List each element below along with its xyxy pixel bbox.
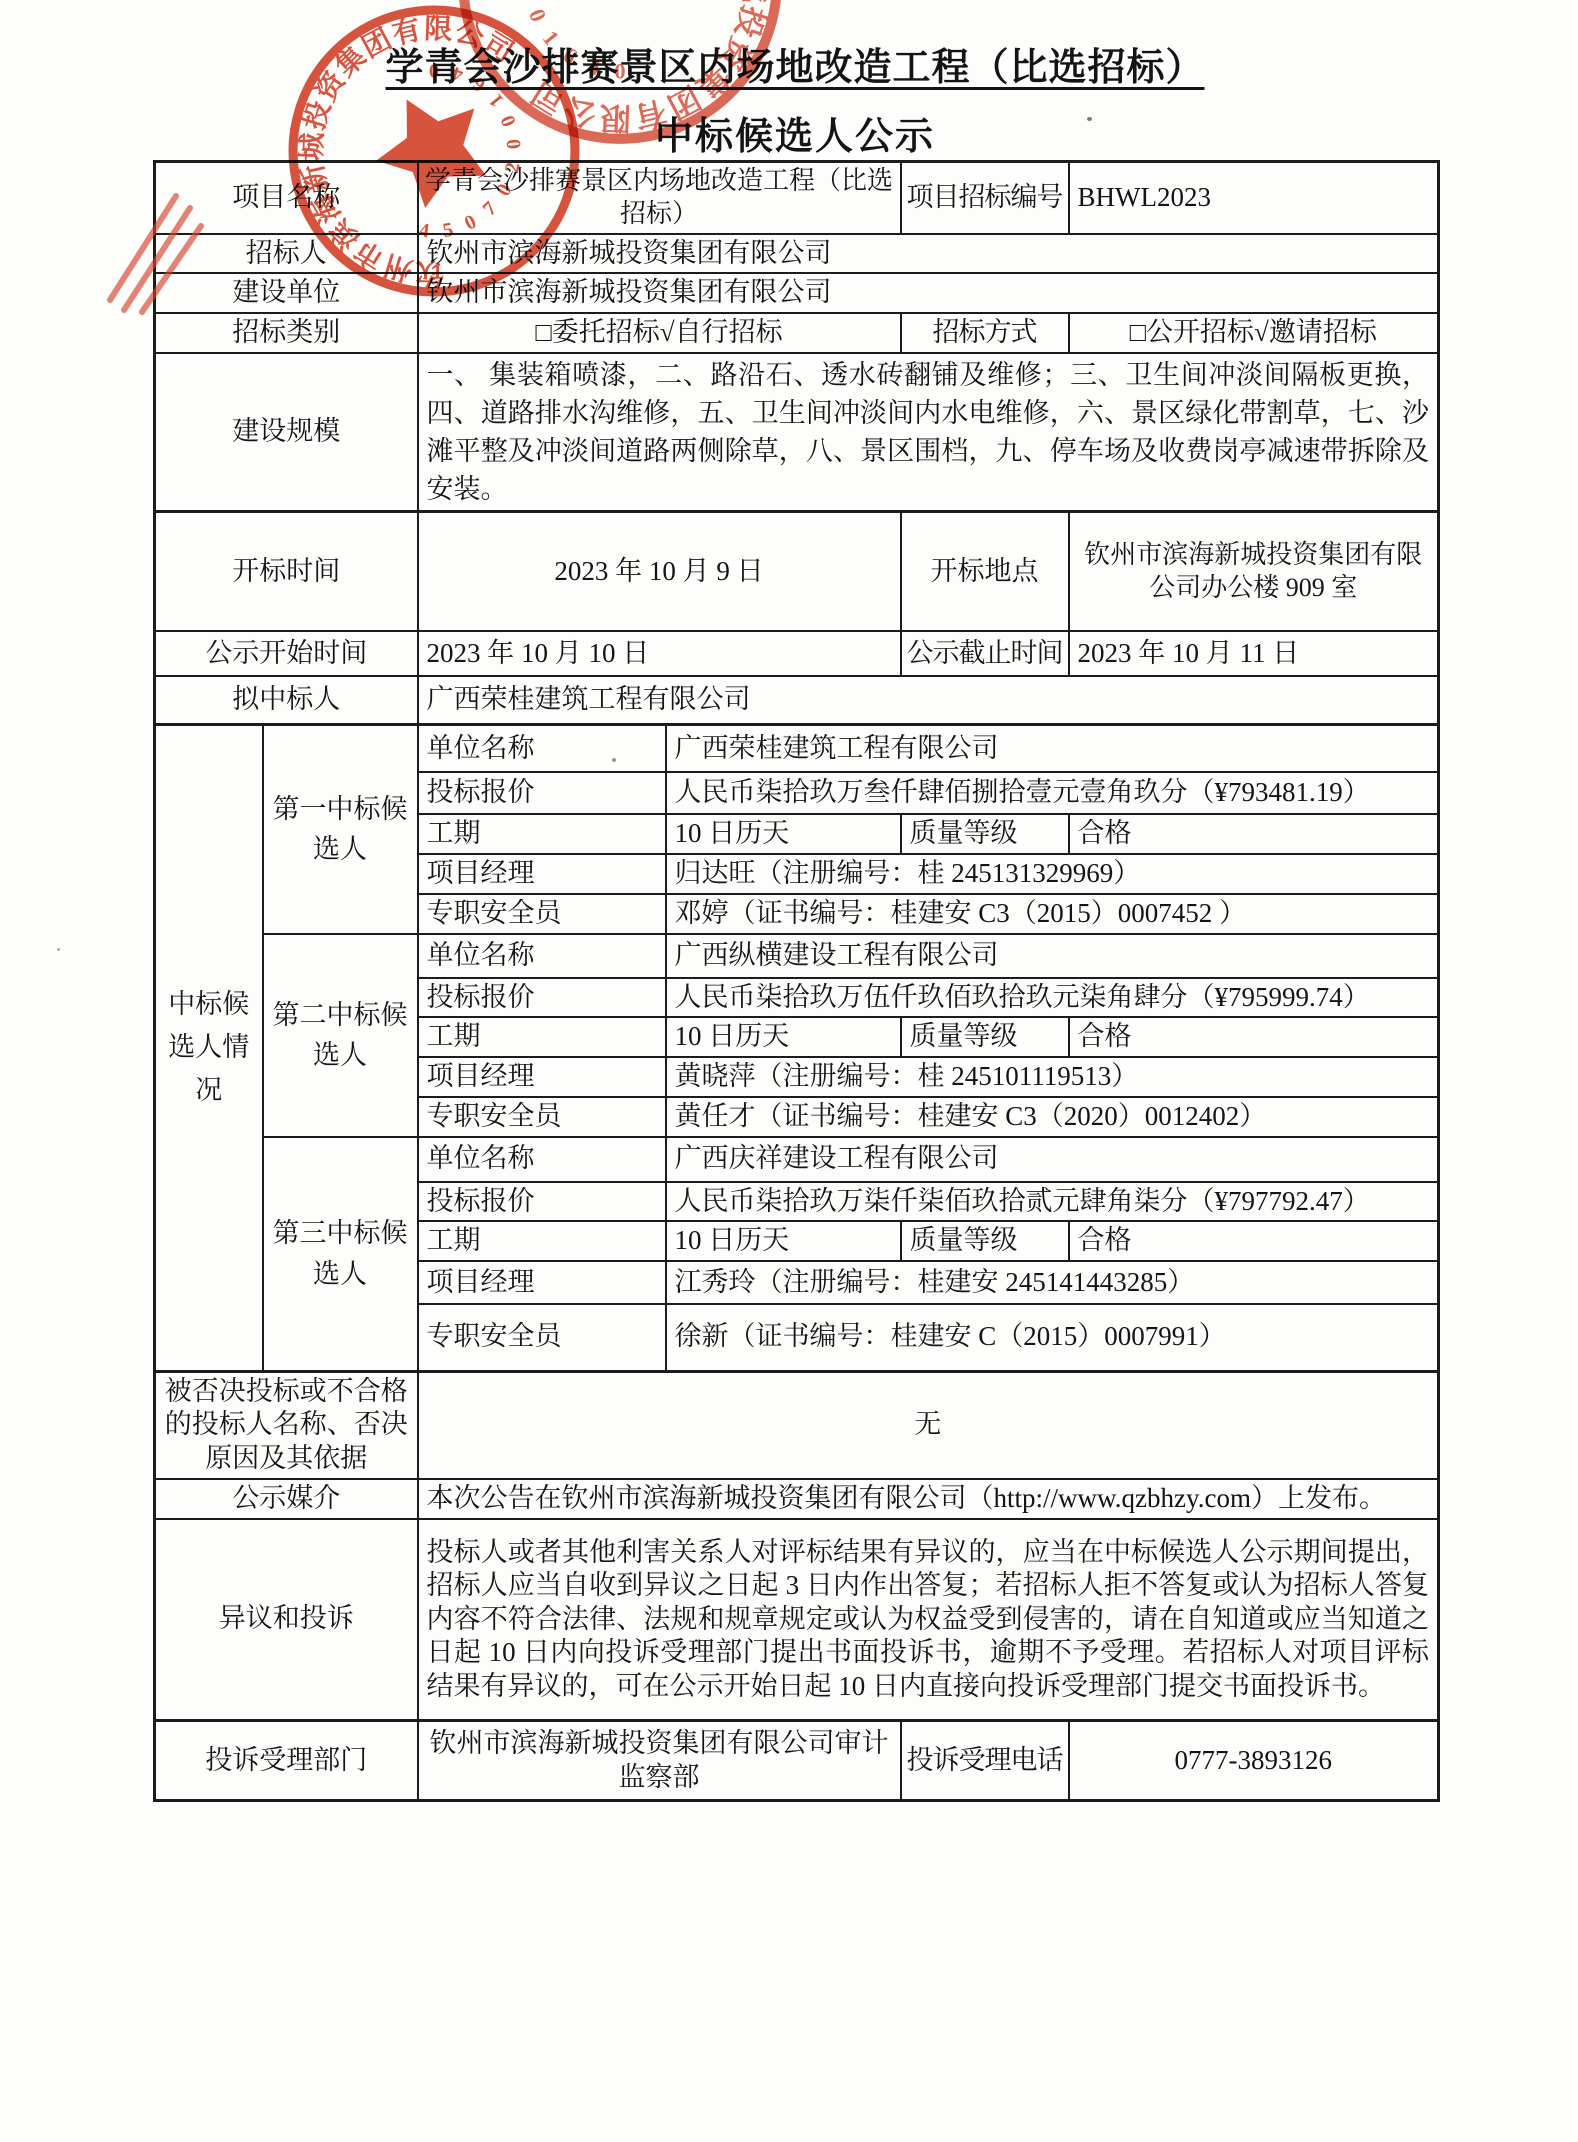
cell-publish-start: 2023 年 10 月 10 日 — [418, 631, 901, 676]
cell-tenderer: 钦州市滨海新城投资集团有限公司 — [418, 234, 1439, 274]
cell-c3-price: 人民币柒拾玖万柒仟柒佰玖拾贰元肆角柒分（¥797792.47） — [666, 1182, 1439, 1222]
cell-c2-quality-label: 质量等级 — [901, 1017, 1069, 1057]
cell-c3-price-label: 投标报价 — [418, 1182, 666, 1222]
cell-rank-2-label: 第二中标候选人 — [263, 934, 418, 1137]
cell-complaint-dept: 钦州市滨海新城投资集团有限公司审计监察部 — [418, 1721, 901, 1801]
cell-rank-1-label: 第一中标候选人 — [263, 724, 418, 933]
cell-complaint-phone: 0777-3893126 — [1069, 1721, 1439, 1801]
cell-builder: 钦州市滨海新城投资集团有限公司 — [418, 273, 1439, 313]
cell-bid-no: BHWL2023 — [1069, 162, 1439, 234]
cell-c2-duration-label: 工期 — [418, 1017, 666, 1057]
cell-c2-manager: 黄晓萍（注册编号：桂 245101119513） — [666, 1057, 1439, 1097]
seal-serial-char: 0 — [524, 5, 551, 25]
cell-publish-start-label: 公示开始时间 — [155, 631, 418, 676]
cell-complaint-phone-label: 投诉受理电话 — [901, 1721, 1069, 1801]
cell-c1-price-label: 投标报价 — [418, 772, 666, 814]
cell-c3-duration-label: 工期 — [418, 1221, 666, 1261]
cell-proposed-winner-label: 拟中标人 — [155, 676, 418, 724]
cell-c1-quality: 合格 — [1069, 814, 1439, 854]
cell-method-value: □公开招标√邀请招标 — [1069, 313, 1439, 353]
cell-c3-safety: 徐新（证书编号：桂建安 C（2015）0007991） — [666, 1304, 1439, 1371]
document-title-block: 学青会沙排赛景区内场地改造工程（比选招标） 中标候选人公示 — [153, 36, 1437, 160]
cell-c1-safety-label: 专职安全员 — [418, 894, 666, 934]
cell-bid-no-label: 项目招标编号 — [901, 162, 1069, 234]
cell-method-label: 招标方式 — [901, 313, 1069, 353]
cell-project-name-label: 项目名称 — [155, 162, 418, 234]
cell-c2-price-label: 投标报价 — [418, 978, 666, 1018]
cell-c2-name: 广西纵横建设工程有限公司 — [666, 934, 1439, 978]
cell-project-name: 学青会沙排赛景区内场地改造工程（比选招标） — [418, 162, 901, 234]
cell-c1-safety: 邓婷（证书编号：桂建安 C3（2015）0007452 ） — [666, 894, 1439, 934]
cell-c2-quality: 合格 — [1069, 1017, 1439, 1057]
cell-c1-price: 人民币柒拾玖万叁仟肆佰捌拾壹元壹角玖分（¥793481.19） — [666, 772, 1439, 814]
cell-c3-name: 广西庆祥建设工程有限公司 — [666, 1137, 1439, 1182]
document-subtitle: 中标候选人公示 — [153, 105, 1437, 160]
cell-open-time-label: 开标时间 — [155, 511, 418, 631]
cell-publish-end: 2023 年 10 月 11 日 — [1069, 631, 1439, 676]
cell-media-value: 本次公告在钦州市滨海新城投资集团有限公司（http://www.qzbhzy.c… — [418, 1479, 1439, 1519]
cell-c1-name-label: 单位名称 — [418, 724, 666, 772]
document-title: 学青会沙排赛景区内场地改造工程（比选招标） — [153, 36, 1437, 91]
cell-category-value: □委托招标√自行招标 — [418, 313, 901, 353]
cell-c2-safety: 黄任才（证书编号：桂建安 C3（2020）0012402） — [666, 1097, 1439, 1137]
cell-rejected-value: 无 — [418, 1371, 1439, 1479]
cell-scale-value: 一、 集装箱喷漆，二、路沿石、透水砖翻铺及维修；三、卫生间冲淡间隔板更换，四、道… — [418, 353, 1439, 512]
cell-rank-3-label: 第三中标候选人 — [263, 1137, 418, 1372]
cell-c3-safety-label: 专职安全员 — [418, 1304, 666, 1371]
cell-media-label: 公示媒介 — [155, 1479, 418, 1519]
cell-c2-name-label: 单位名称 — [418, 934, 666, 978]
cell-candidates-section-label: 中标候选人情况 — [155, 724, 263, 1371]
cell-c1-quality-label: 质量等级 — [901, 814, 1069, 854]
cell-c3-manager-label: 项目经理 — [418, 1261, 666, 1304]
cell-complaint-dept-label: 投诉受理部门 — [155, 1721, 418, 1801]
cell-c3-quality: 合格 — [1069, 1221, 1439, 1261]
cell-c1-manager-label: 项目经理 — [418, 854, 666, 894]
cell-c3-name-label: 单位名称 — [418, 1137, 666, 1182]
cell-proposed-winner: 广西荣桂建筑工程有限公司 — [418, 676, 1439, 724]
cell-objection-value: 投标人或者其他利害关系人对评标结果有异议的，应当在中标候选人公示期间提出，招标人… — [418, 1519, 1439, 1721]
scan-speck — [57, 948, 60, 951]
cell-c1-name: 广西荣桂建筑工程有限公司 — [666, 724, 1439, 772]
cell-c1-duration: 10 日历天 — [666, 814, 901, 854]
cell-rejected-label: 被否决投标或不合格的投标人名称、否决原因及其依据 — [155, 1371, 418, 1479]
cell-c2-manager-label: 项目经理 — [418, 1057, 666, 1097]
cell-builder-label: 建设单位 — [155, 273, 418, 313]
cell-c3-duration: 10 日历天 — [666, 1221, 901, 1261]
cell-c2-price: 人民币柒拾玖万伍仟玖佰玖拾玖元柒角肆分（¥795999.74） — [666, 978, 1439, 1018]
cell-scale-label: 建设规模 — [155, 353, 418, 512]
cell-c1-manager: 归达旺（注册编号：桂 245131329969） — [666, 854, 1439, 894]
document-page: 学青会沙排赛景区内场地改造工程（比选招标） 中标候选人公示 钦州市滨海新城投资集… — [0, 0, 1578, 2142]
cell-publish-end-label: 公示截止时间 — [901, 631, 1069, 676]
cell-open-time: 2023 年 10 月 9 日 — [418, 511, 901, 631]
cell-c3-manager: 江秀玲（注册编号：桂建安 245141443285） — [666, 1261, 1439, 1304]
cell-c3-quality-label: 质量等级 — [901, 1221, 1069, 1261]
announcement-table: 项目名称 学青会沙排赛景区内场地改造工程（比选招标） 项目招标编号 BHWL20… — [153, 160, 1440, 1802]
cell-objection-label: 异议和投诉 — [155, 1519, 418, 1721]
seal-company-char: 城 — [738, 0, 774, 4]
cell-tenderer-label: 招标人 — [155, 234, 418, 274]
cell-c2-safety-label: 专职安全员 — [418, 1097, 666, 1137]
cell-category-label: 招标类别 — [155, 313, 418, 353]
cell-c2-duration: 10 日历天 — [666, 1017, 901, 1057]
cell-open-place: 钦州市滨海新城投资集团有限公司办公楼 909 室 — [1069, 511, 1439, 631]
cell-open-place-label: 开标地点 — [901, 511, 1069, 631]
cell-c1-duration-label: 工期 — [418, 814, 666, 854]
